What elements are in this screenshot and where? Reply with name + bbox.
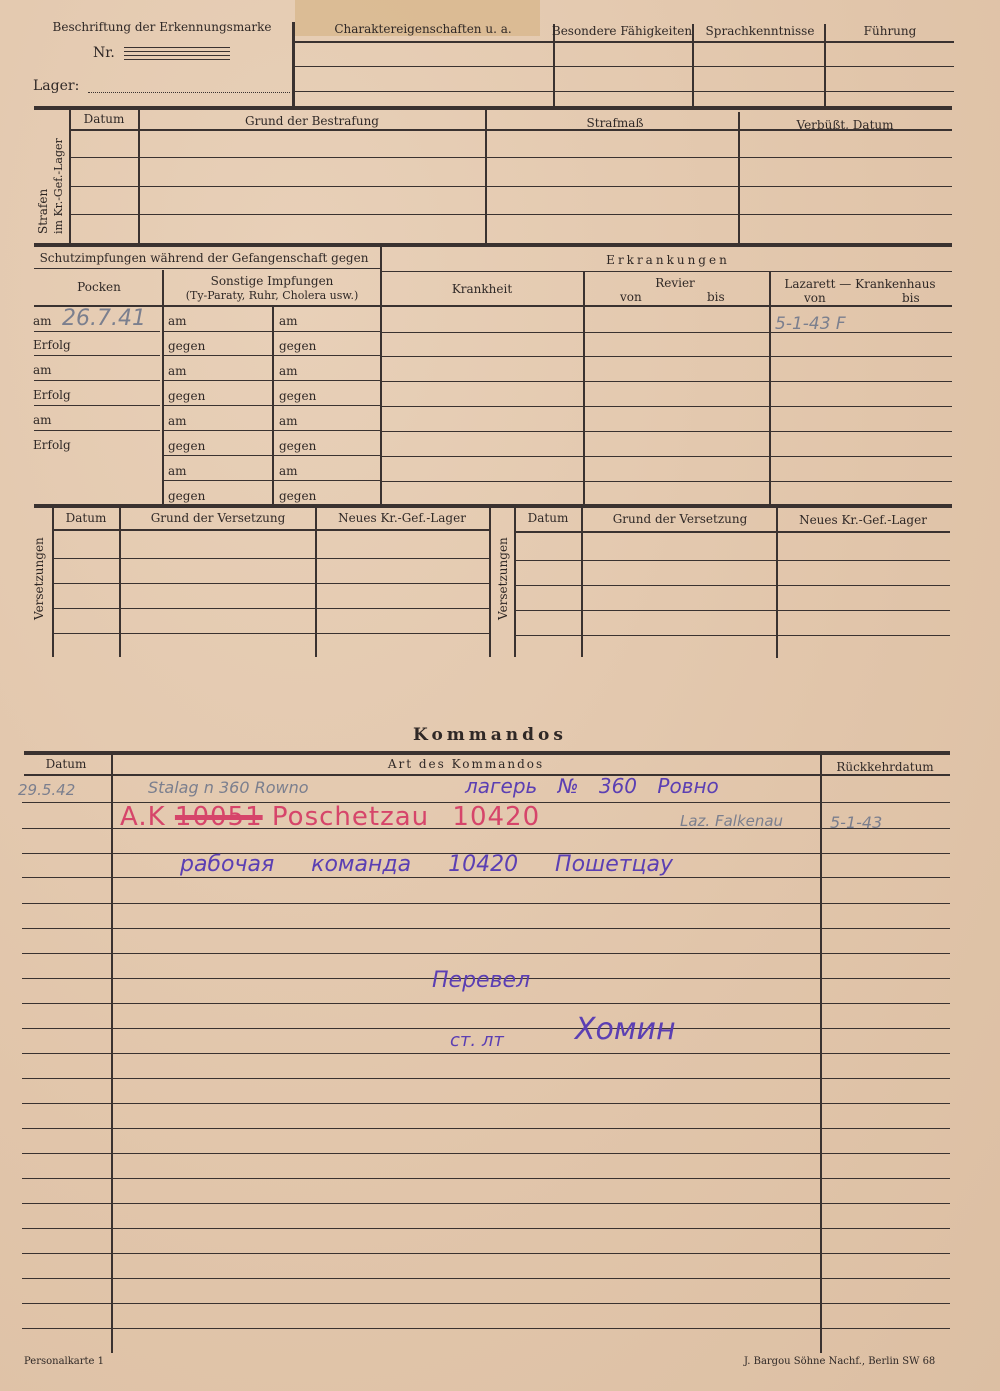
kommando-col-art: Art des Kommandos xyxy=(388,757,544,771)
other-vacc-sub: (Ty-Paraty, Ruhr, Cholera usw.) xyxy=(186,289,359,302)
footer-printer: J. Bargou Söhne Nachf., Berlin SW 68 xyxy=(744,1356,935,1367)
kommando-ink-line: лагерь № 360 Ровно xyxy=(465,774,719,798)
transfer-col-datum-right: Datum xyxy=(528,511,569,525)
transfer-col-datum-left: Datum xyxy=(66,511,107,525)
lager-label: Lager: xyxy=(33,78,79,94)
kommando-col-datum: Datum xyxy=(46,757,87,771)
other-gegen-3b: gegen xyxy=(279,439,316,453)
lazarett-bis: bis xyxy=(902,291,920,305)
signature: Хомин xyxy=(575,1012,676,1047)
transfers-side-label-right: Versetzungen xyxy=(496,537,510,620)
other-gegen-3a: gegen xyxy=(168,439,205,453)
col-datum: Datum xyxy=(84,112,125,126)
vacc-title: Schutzimpfungen während der Gefangenscha… xyxy=(40,251,369,265)
kommando-pencil-note: Laz. Falkenau xyxy=(680,812,783,830)
illness-title: Erkrankungen xyxy=(606,253,730,267)
other-am-3b: am xyxy=(279,414,298,428)
revier-von: von xyxy=(620,290,642,304)
transfer-col-grund-right: Grund der Versetzung xyxy=(613,512,748,526)
col-grund: Grund der Bestrafung xyxy=(245,114,379,128)
transfers-side-label-left: Versetzungen xyxy=(32,537,46,620)
pocken-am-2: am xyxy=(33,363,52,377)
lazarett-entry: 5-1-43 F xyxy=(775,314,846,334)
strafen-side-label-2: im Kr.-Gef.-Lager xyxy=(52,138,65,234)
col-charakter: Charaktereigenschaften u. a. xyxy=(334,22,511,36)
pocken-erfolg-2: Erfolg xyxy=(33,388,71,402)
other-gegen-4b: gegen xyxy=(279,489,316,503)
other-am-1a: am xyxy=(168,314,187,328)
pocken-erfolg-1: Erfolg xyxy=(33,338,71,352)
transfer-col-lager-right: Neues Kr.-Gef.-Lager xyxy=(799,513,927,527)
pocken-label: Pocken xyxy=(77,280,121,294)
col-fuehrung: Führung xyxy=(864,24,917,38)
pocken-am-1: am xyxy=(33,314,52,328)
col-revier: Revier xyxy=(655,276,695,290)
lager-field[interactable] xyxy=(88,92,290,93)
kommando-return-date: 5-1-43 xyxy=(830,813,882,832)
signature-rank: ст. лт xyxy=(450,1030,504,1051)
other-am-2b: am xyxy=(279,364,298,378)
pocken-am-3: am xyxy=(33,413,52,427)
kommando-col-rueckkehr: Rückkehrdatum xyxy=(836,760,933,774)
strafen-side-label: Strafen xyxy=(36,189,50,234)
tag-label: Beschriftung der Erkennungsmarke xyxy=(53,20,272,34)
other-gegen-1b: gegen xyxy=(279,339,316,353)
col-strafmass: Strafmaß xyxy=(587,116,644,130)
other-am-4a: am xyxy=(168,464,187,478)
other-am-1b: am xyxy=(279,314,298,328)
kommando-date-1: 29.5.42 xyxy=(18,781,75,799)
other-gegen-4a: gegen xyxy=(168,489,205,503)
kommandos-title: Kommandos xyxy=(413,725,567,745)
stamp-struck-number: 10051 xyxy=(175,802,263,832)
col-faehigkeiten: Besondere Fähigkeiten xyxy=(552,24,692,38)
col-krankheit: Krankheit xyxy=(452,282,512,296)
other-gegen-2a: gegen xyxy=(168,389,205,403)
other-gegen-2b: gegen xyxy=(279,389,316,403)
kommando-stamp: A.K 10051 Poschetzau 10420 xyxy=(120,802,540,832)
revier-bis: bis xyxy=(707,290,725,304)
col-lazarett: Lazarett — Krankenhaus xyxy=(784,277,935,291)
other-vacc-label: Sonstige Impfungen xyxy=(211,274,334,288)
other-gegen-1a: gegen xyxy=(168,339,205,353)
other-am-4b: am xyxy=(279,464,298,478)
kommando-pencil-line: Stalag n 360 Rowno xyxy=(148,778,309,797)
signature-line-1: Перевел xyxy=(432,968,530,993)
other-am-2a: am xyxy=(168,364,187,378)
transfer-col-lager-left: Neues Kr.-Gef.-Lager xyxy=(338,511,466,525)
pocken-date-entry: 26.7.41 xyxy=(62,306,146,331)
footer-form-id: Personalkarte 1 xyxy=(24,1356,104,1367)
kommando-ink-line-2: рабочая команда 10420 Пошетцау xyxy=(180,852,673,877)
col-sprachen: Sprachkenntnisse xyxy=(706,24,815,38)
lazarett-von: von xyxy=(804,291,826,305)
other-am-3a: am xyxy=(168,414,187,428)
transfer-col-grund-left: Grund der Versetzung xyxy=(151,511,286,525)
pocken-erfolg-3: Erfolg xyxy=(33,438,71,452)
nr-label: Nr. xyxy=(93,45,115,61)
